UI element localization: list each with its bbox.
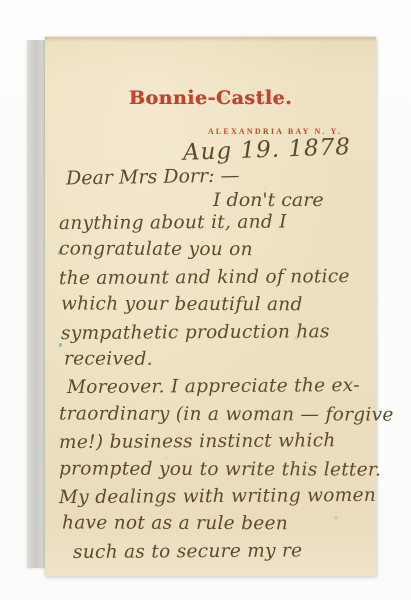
letter-page: Bonnie-Castle. ALEXANDRIA BAY N. Y. Aug … [45,37,376,576]
handwritten-line: which your beautiful and [59,291,374,319]
scan-background: Bonnie-Castle. ALEXANDRIA BAY N. Y. Aug … [0,0,411,600]
handwritten-line: have not as a rule been [59,510,374,538]
handwritten-line: anything about it, and I [59,208,374,238]
handwritten-line: traordinary (in a woman — forgive [59,400,374,428]
salutation-line: Dear Mrs Dorr: — [66,164,240,189]
back-sheet-edge [27,40,46,568]
date-line: Aug 19. 1878 [183,134,352,166]
handwritten-line: me!) business instinct which [59,427,374,457]
handwritten-line: received. [59,345,374,373]
handwritten-line: Moreover. I appreciate the ex- [59,372,374,402]
handwritten-line: sympathetic production has [59,317,374,347]
handwritten-line: such as to secure my re [59,537,374,567]
letter-body: anything about it, and Icongratulate you… [59,209,374,565]
handwritten-line: prompted you to write this letter. [59,455,374,483]
letterhead-name: Bonnie-Castle. [45,87,376,109]
handwritten-line: congratulate you on [59,236,374,264]
age-spots [45,37,47,39]
handwritten-line: My dealings with writing women [59,482,374,512]
handwritten-line: the amount and kind of notice [59,263,374,293]
